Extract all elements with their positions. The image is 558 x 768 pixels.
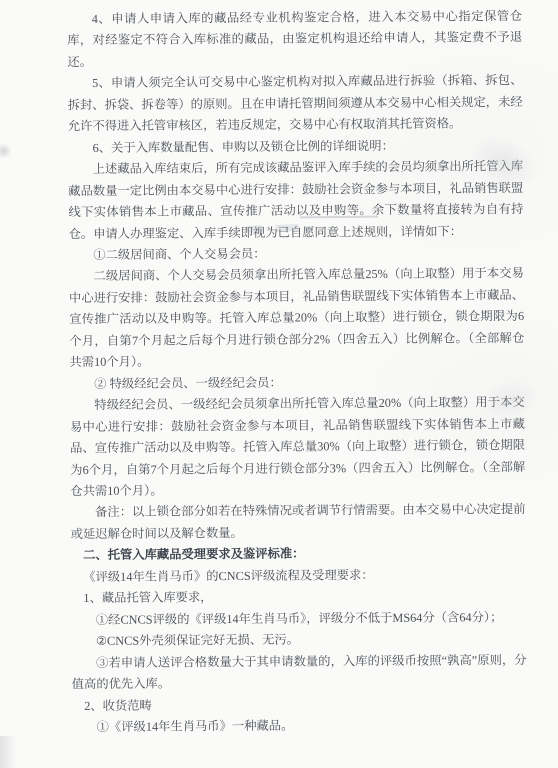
clause-2-title: ② 特级经纪会员、一级经纪会员： [70,371,525,396]
item-5: 5、申请人须完全认可交易中心鉴定机构对拟入库藏品进行拆验（拆箱、拆包、拆封、拆袋… [67,70,522,138]
scan-smudge-left-edge [0,143,12,159]
scope-1: ①《评级14年生肖马币》一种藏品。 [72,714,527,739]
document-body: 4、申请人申请入库的藏品经专业机构鉴定合格，进入本交易中心指定保管仓库，对经鉴定… [67,6,527,739]
note: 备注：以上锁仓部分如若在特殊情况或者调节行情需要。由本交易中心决定提前或延迟解仓… [70,499,525,545]
document-page: 4、申请人申请入库的藏品经专业机构鉴定合格，进入本交易中心指定保管仓库，对经鉴定… [0,0,558,768]
requirement-3: ③若申请人送评合格数量大于其申请数量的，入库的评级币按照“孰高”原则，分值高的优… [71,650,526,696]
allocation-overview: 上述藏品入库结束后，所有完成该藏品鉴评入库手续的会员均须拿出所托管入库藏品数量一… [68,156,524,245]
clause-1-body: 二级居间商、个人交易会员须拿出所托管入库总量25%（向上取整）用于本交易中心进行… [69,263,525,373]
requirement-1: ①经CNCS评级的《评级14年生肖马币》，评级分不低于MS64分（含64分）； [71,607,526,632]
clause-2-body: 特级经纪会员、一级经纪会员须拿出所托管入库总量20%（向上取整）用于本交易中心进… [70,392,526,502]
scan-smudge-corner [0,736,17,768]
item-4: 4、申请人申请入库的藏品经专业机构鉴定合格，进入本交易中心指定保管仓库，对经鉴定… [67,6,522,74]
